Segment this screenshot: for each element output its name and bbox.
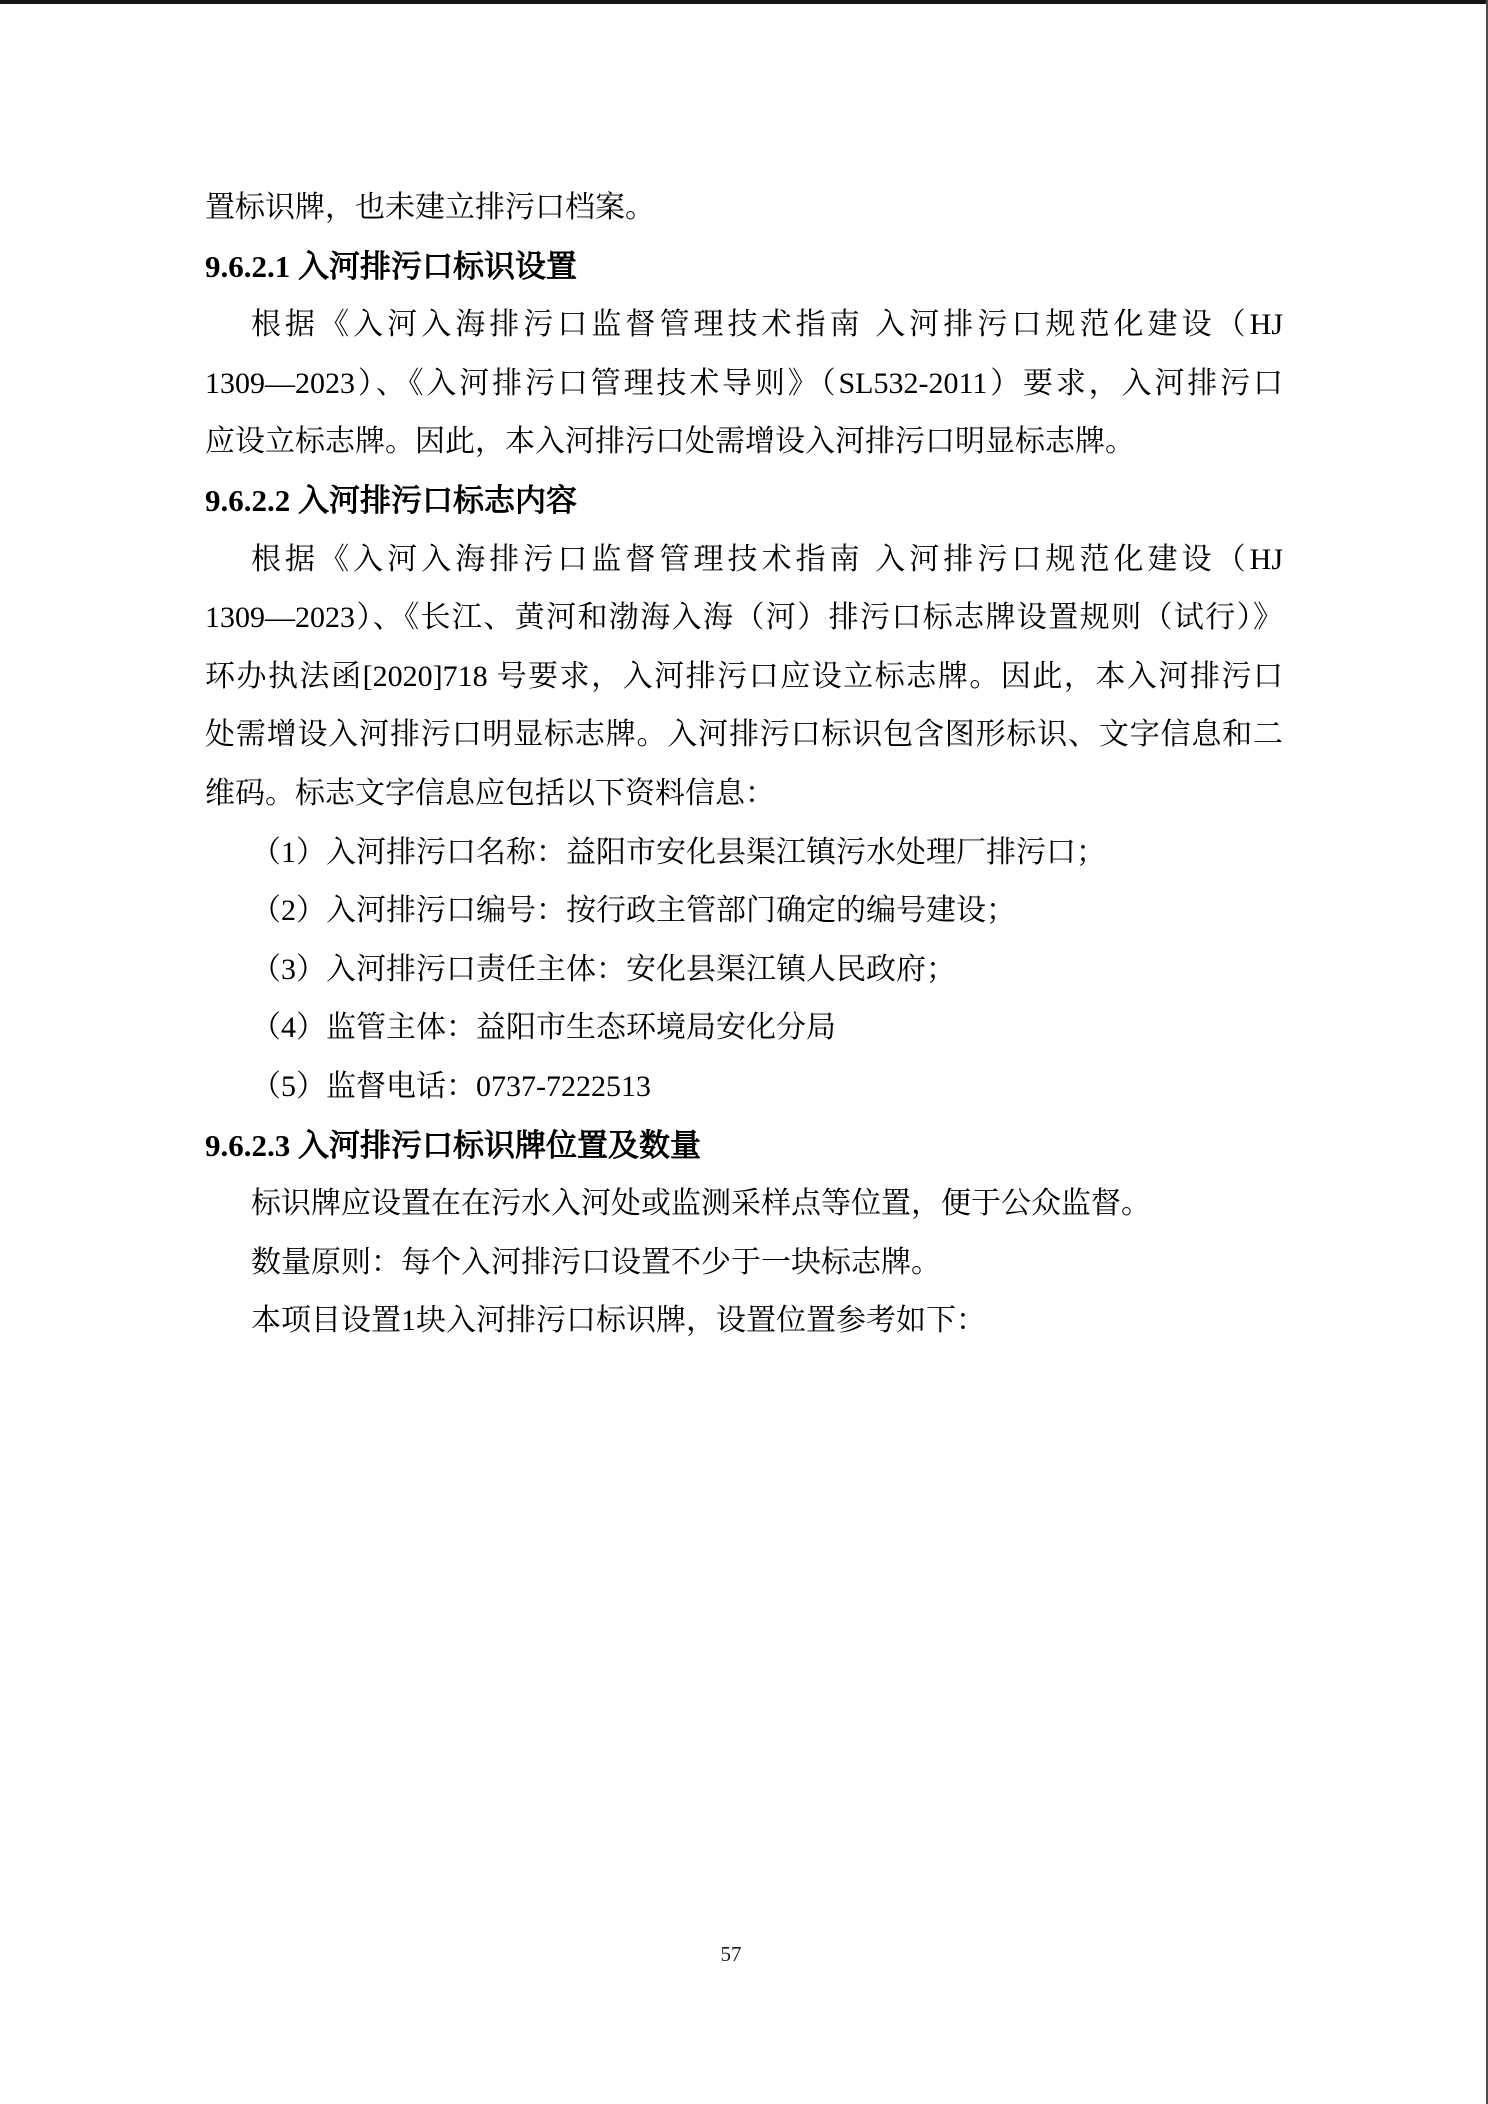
text-line: 1309—2023）、《长江、黄河和渤海入海（河）排污口标志牌设置规则（试行）》: [205, 589, 1283, 648]
text-line: 处需增设入河排污口明显标志牌。入河排污口标识包含图形标识、文字信息和二: [205, 706, 1283, 765]
text-line: （4）监管主体：益阳市生态环境局安化分局: [205, 999, 1283, 1058]
text-line: 根据《入河入海排污口监督管理技术指南 入河排污口规范化建设（HJ: [205, 531, 1283, 590]
document-page: { "page": { "background_color": "#ffffff…: [0, 0, 1488, 2104]
document-body: 置标识牌，也未建立排污口档案。9.6.2.1 入河排污口标识设置根据《入河入海排…: [205, 179, 1283, 1351]
section-heading: 9.6.2.3 入河排污口标识牌位置及数量: [205, 1117, 1283, 1176]
text-line: 标识牌应设置在在污水入河处或监测采样点等位置，便于公众监督。: [205, 1175, 1283, 1234]
text-line: （2）入河排污口编号：按行政主管部门确定的编号建设；: [205, 882, 1283, 941]
section-heading: 9.6.2.2 入河排污口标志内容: [205, 472, 1283, 531]
text-line: 应设立标志牌。因此，本入河排污口处需增设入河排污口明显标志牌。: [205, 413, 1283, 472]
text-line: 1309—2023）、《入河排污口管理技术导则》（SL532-2011）要求，入…: [205, 355, 1283, 414]
text-line: 环办执法函[2020]718 号要求，入河排污口应设立标志牌。因此，本入河排污口: [205, 648, 1283, 707]
text-line: （1）入河排污口名称：益阳市安化县渠江镇污水处理厂排污口；: [205, 824, 1283, 883]
window-top-border: [0, 0, 1488, 4]
text-line: （3）入河排污口责任主体：安化县渠江镇人民政府；: [205, 941, 1283, 1000]
text-line: 维码。标志文字信息应包括以下资料信息：: [205, 765, 1283, 824]
text-line: 数量原则：每个入河排污口设置不少于一块标志牌。: [205, 1234, 1283, 1293]
text-line: 置标识牌，也未建立排污口档案。: [205, 179, 1283, 238]
text-line: 本项目设置1块入河排污口标识牌，设置位置参考如下：: [205, 1292, 1283, 1351]
text-line: 根据《入河入海排污口监督管理技术指南 入河排污口规范化建设（HJ: [205, 296, 1283, 355]
page-number: 57: [0, 1942, 1462, 1967]
text-line: （5）监督电话：0737-7222513: [205, 1058, 1283, 1117]
section-heading: 9.6.2.1 入河排污口标识设置: [205, 238, 1283, 297]
